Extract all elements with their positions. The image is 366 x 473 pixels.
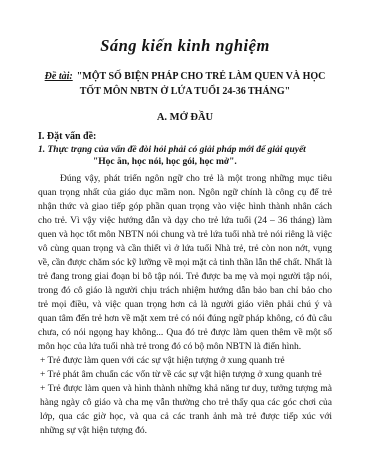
subheading-thuc-trang: 1. Thực trạng của vấn đề đòi hỏi phải có… [38,145,332,155]
document-title: Sáng kiến kinh nghiệm [38,36,332,56]
bullet-item-1: + Trẻ được làm quen với các sự vật hiện … [38,354,332,368]
bullet-item-2: + Trẻ phát âm chuẩn các vốn từ về các sự… [38,368,332,382]
topic-label: Đề tài: [45,71,73,82]
proverb-quote: "Học ăn, học nói, học gói, học mở". [38,157,332,167]
topic-text: "MỘT SỐ BIỆN PHÁP CHO TRẺ LÀM QUEN VÀ HỌ… [77,71,326,97]
topic-line: Đề tài:"MỘT SỐ BIỆN PHÁP CHO TRẺ LÀM QUE… [38,69,332,99]
heading-dat-van-de: I. Đặt vấn đề: [38,131,332,142]
bullet-item-3: + Trẻ được làm quen và hình thành những … [38,382,332,438]
section-a-heading: A. MỞ ĐẦU [38,112,332,123]
document-page: Sáng kiến kinh nghiệm Đề tài:"MỘT SỐ BIỆ… [0,0,366,473]
intro-paragraph: Đúng vậy, phát triển ngôn ngữ cho trẻ là… [38,172,332,354]
